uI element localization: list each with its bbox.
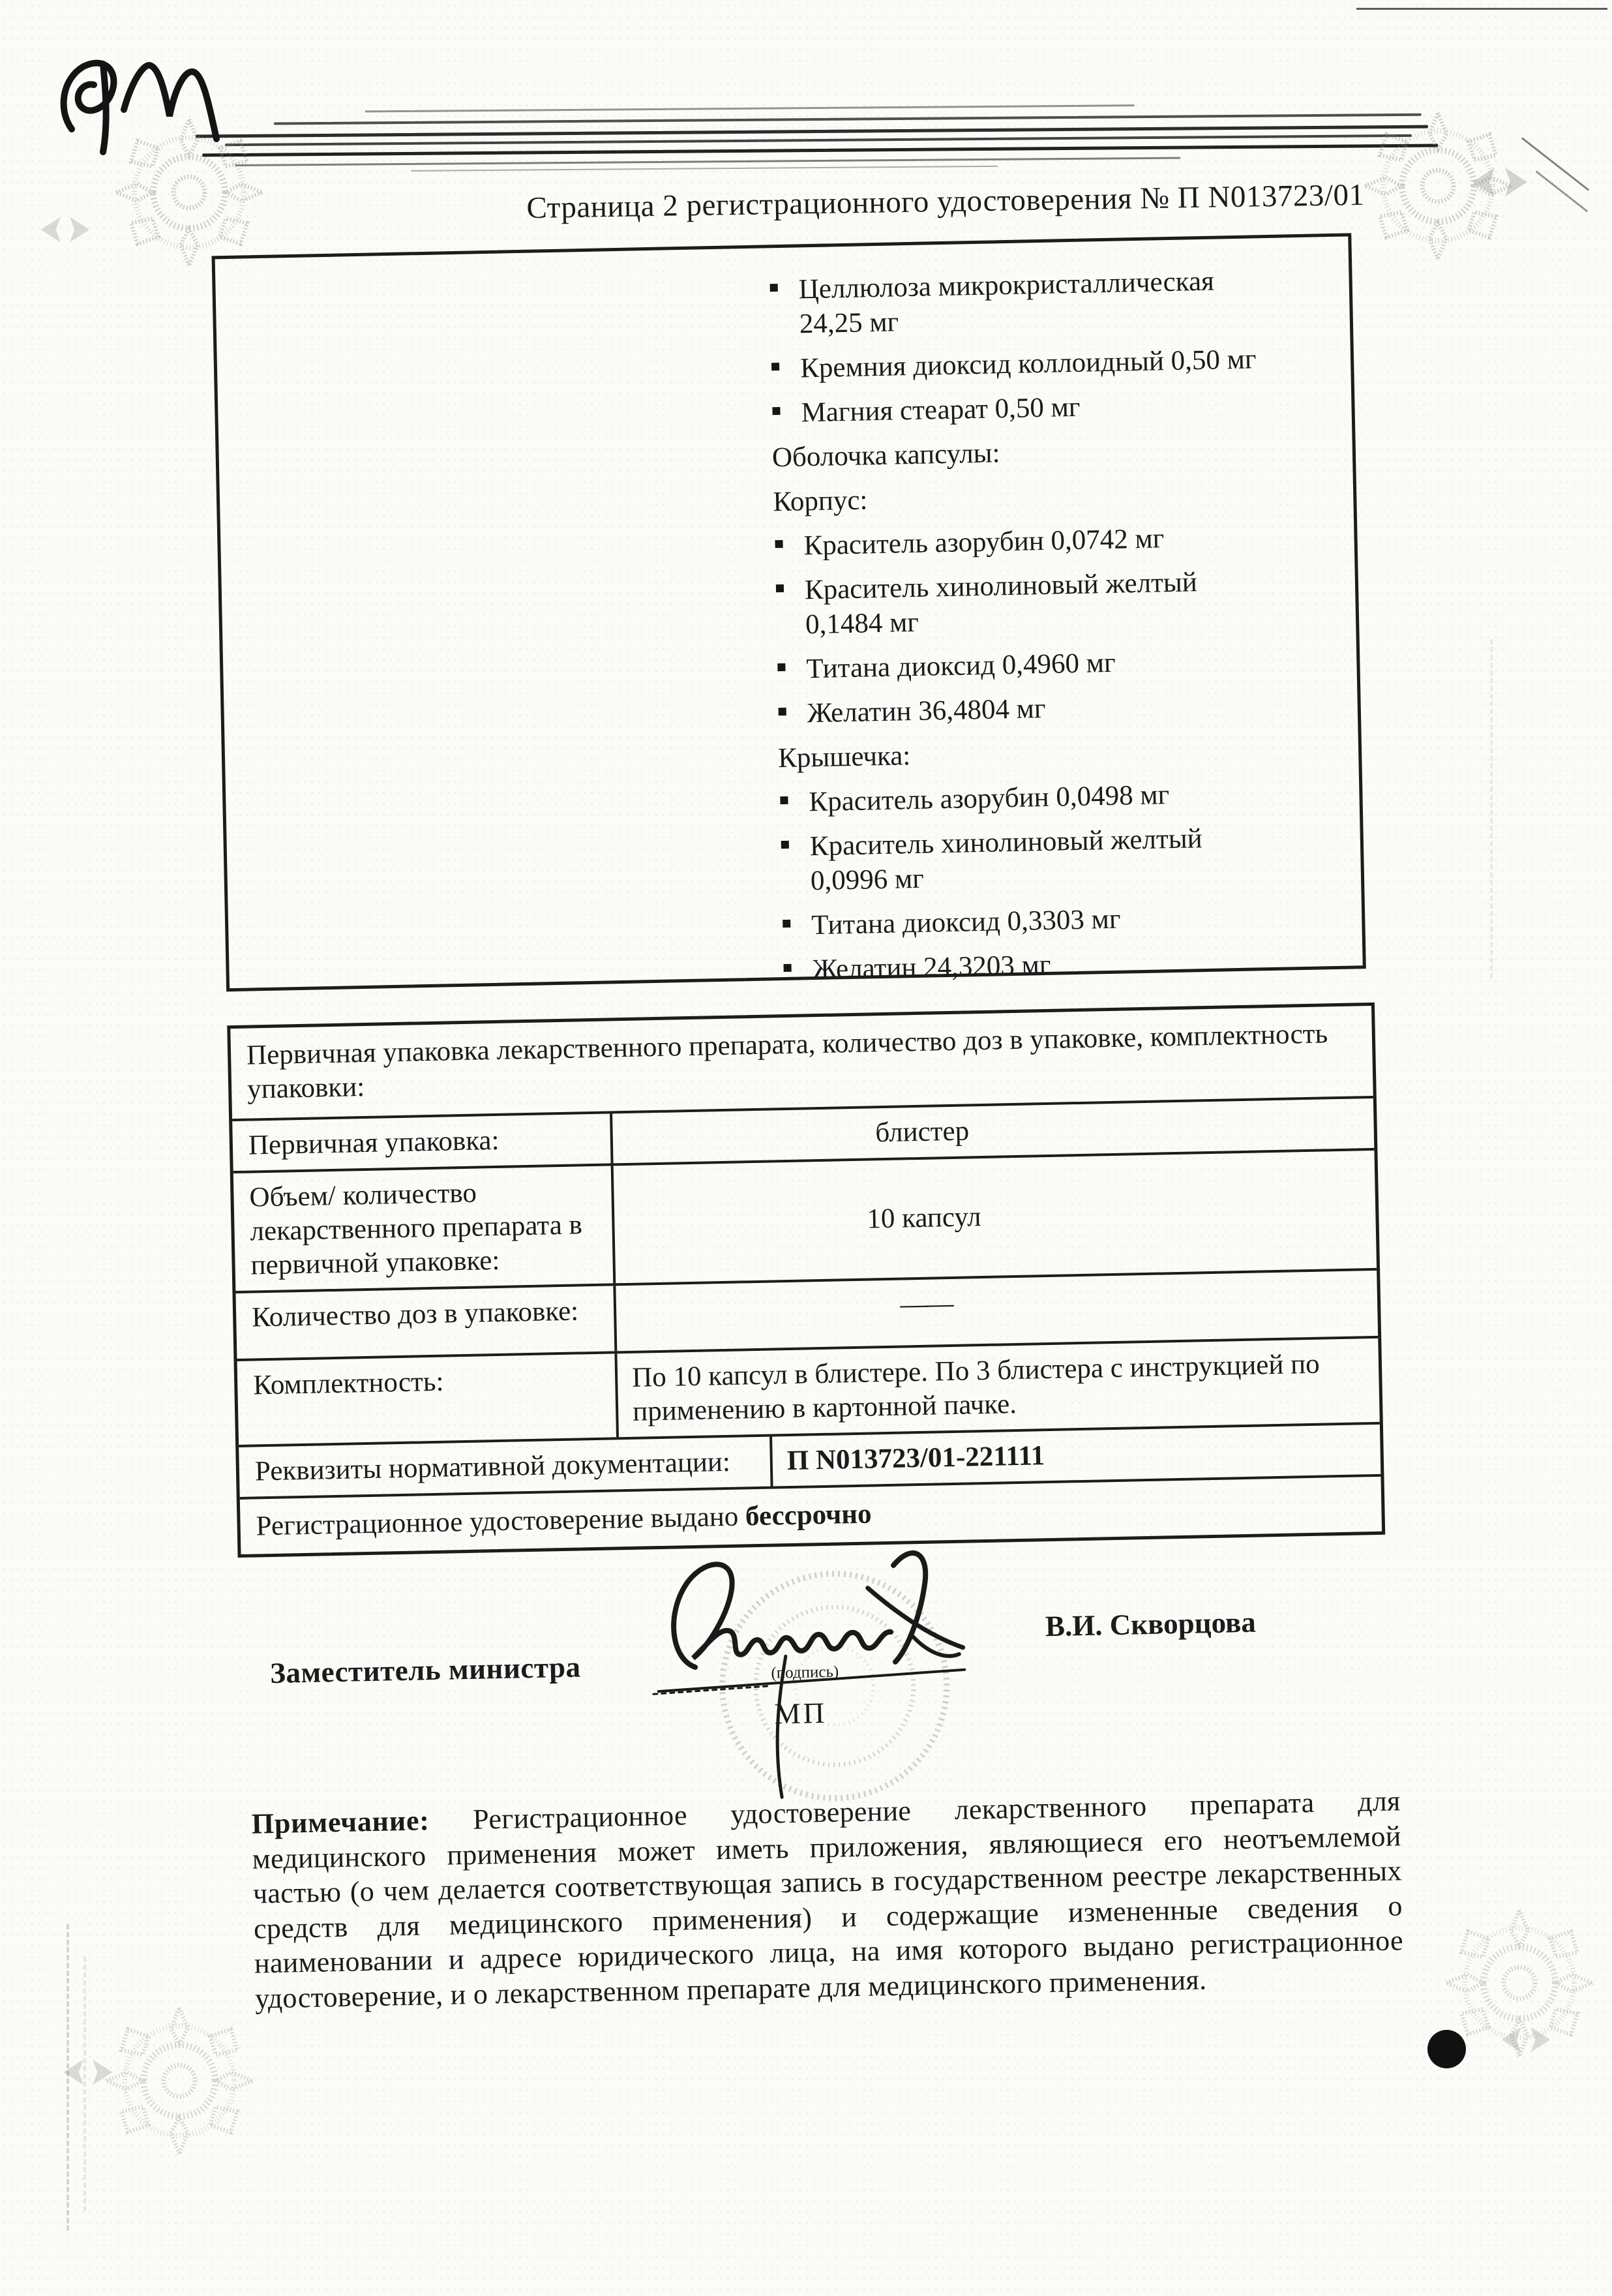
composition-item: Краситель азорубин 0,0742 мг [773, 518, 1328, 564]
signer-name: В.И. Скворцова [1045, 1605, 1256, 1643]
note-lead: Примечание: [251, 1804, 430, 1839]
bullet-icon [781, 841, 789, 849]
bullet-icon [776, 584, 784, 592]
packaging-table: Первичная упаковка лекарственного препар… [227, 1003, 1385, 1558]
row-label: Объем/ количество лекарственного препара… [233, 1166, 616, 1291]
composition-item-text: Крышечка: [778, 740, 911, 774]
bullet-icon [784, 964, 792, 972]
composition-item: Титана диоксид 0,3303 мг [781, 898, 1336, 943]
signature-caption: (подпись) [733, 1662, 877, 1683]
composition-item: Краситель хинолиновый желтый0,1484 мг [774, 562, 1330, 642]
composition-item: Желатин 24,3203 мг [782, 942, 1337, 988]
composition-item-text: Титана диоксид 0,4960 мг [806, 648, 1116, 685]
composition-item: Магния стеарат 0,50 мг [771, 385, 1326, 430]
composition-item: Краситель азорубин 0,0498 мг [779, 774, 1334, 820]
composition-subheading: Корпус: [773, 474, 1328, 519]
bullet-icon [779, 708, 786, 716]
composition-item: Титана диоксид 0,4960 мг [776, 641, 1331, 687]
composition-item-text: Корпус: [773, 485, 868, 517]
table-row: Объем/ количество лекарственного препара… [233, 1148, 1377, 1291]
bullet-icon [771, 363, 779, 370]
row-label: Количество доз в упаковке: [235, 1286, 617, 1359]
row-value: 10 капсул [614, 1151, 1377, 1283]
row-value: По 10 капсул в блистере. По 3 блистера с… [617, 1338, 1379, 1437]
composition-item-text: Кремния диоксид коллоидный 0,50 мг [800, 344, 1257, 384]
bullet-icon [777, 663, 785, 671]
composition-item-text: Оболочка капсулы: [771, 438, 1000, 473]
composition-item-text: Титана диоксид 0,3303 мг [811, 904, 1121, 941]
bullet-icon [770, 284, 778, 292]
bullet-icon [775, 540, 783, 548]
composition-box: Целлюлоза микрокристаллическая24,25 мг К… [212, 233, 1366, 991]
composition-item: Кремния диоксид коллоидный 0,50 мг [770, 340, 1325, 386]
composition-subheading: Оболочка капсулы: [771, 429, 1326, 475]
composition-list: Целлюлоза микрокристаллическая24,25 мг К… [768, 262, 1337, 997]
seal-placeholder-text: МП [774, 1696, 828, 1731]
composition-item: Краситель хинолиновый желтый0,0996 мг [779, 819, 1335, 899]
note-paragraph: Примечание: Регистрационное удостоверени… [251, 1783, 1404, 2016]
bullet-icon [772, 407, 780, 415]
composition-item-text: Желатин 36,4804 мг [807, 693, 1046, 729]
composition-item-text: Желатин 24,3203 мг [812, 950, 1051, 985]
composition-item-text: Магния стеарат 0,50 мг [801, 392, 1081, 429]
bullet-icon [783, 920, 790, 928]
composition-item-text: Краситель хинолиновый желтый [809, 823, 1202, 862]
composition-item-text: Краситель азорубин 0,0742 мг [803, 523, 1165, 561]
bullet-icon [780, 796, 788, 804]
hole-punch-dot [1427, 2030, 1466, 2068]
document-body: Целлюлоза микрокристаллическая24,25 мг К… [0, 0, 1612, 2296]
row-label: Комплектность: [237, 1353, 619, 1445]
composition-item-text: Целлюлоза микрокристаллическая [798, 266, 1214, 305]
signer-position-title: Заместитель министра [270, 1650, 581, 1691]
row-label: Первичная упаковка: [232, 1113, 613, 1171]
composition-item: Целлюлоза микрокристаллическая24,25 мг [768, 262, 1324, 342]
composition-item: Желатин 36,4804 мг [777, 686, 1332, 731]
composition-subheading: Крышечка: [778, 730, 1333, 776]
composition-item-text: Краситель азорубин 0,0498 мг [809, 779, 1170, 817]
scanned-certificate-page: Страница 2 регистрационного удостоверени… [0, 0, 1612, 2296]
composition-item-text: Краситель хинолиновый желтый [805, 567, 1198, 605]
